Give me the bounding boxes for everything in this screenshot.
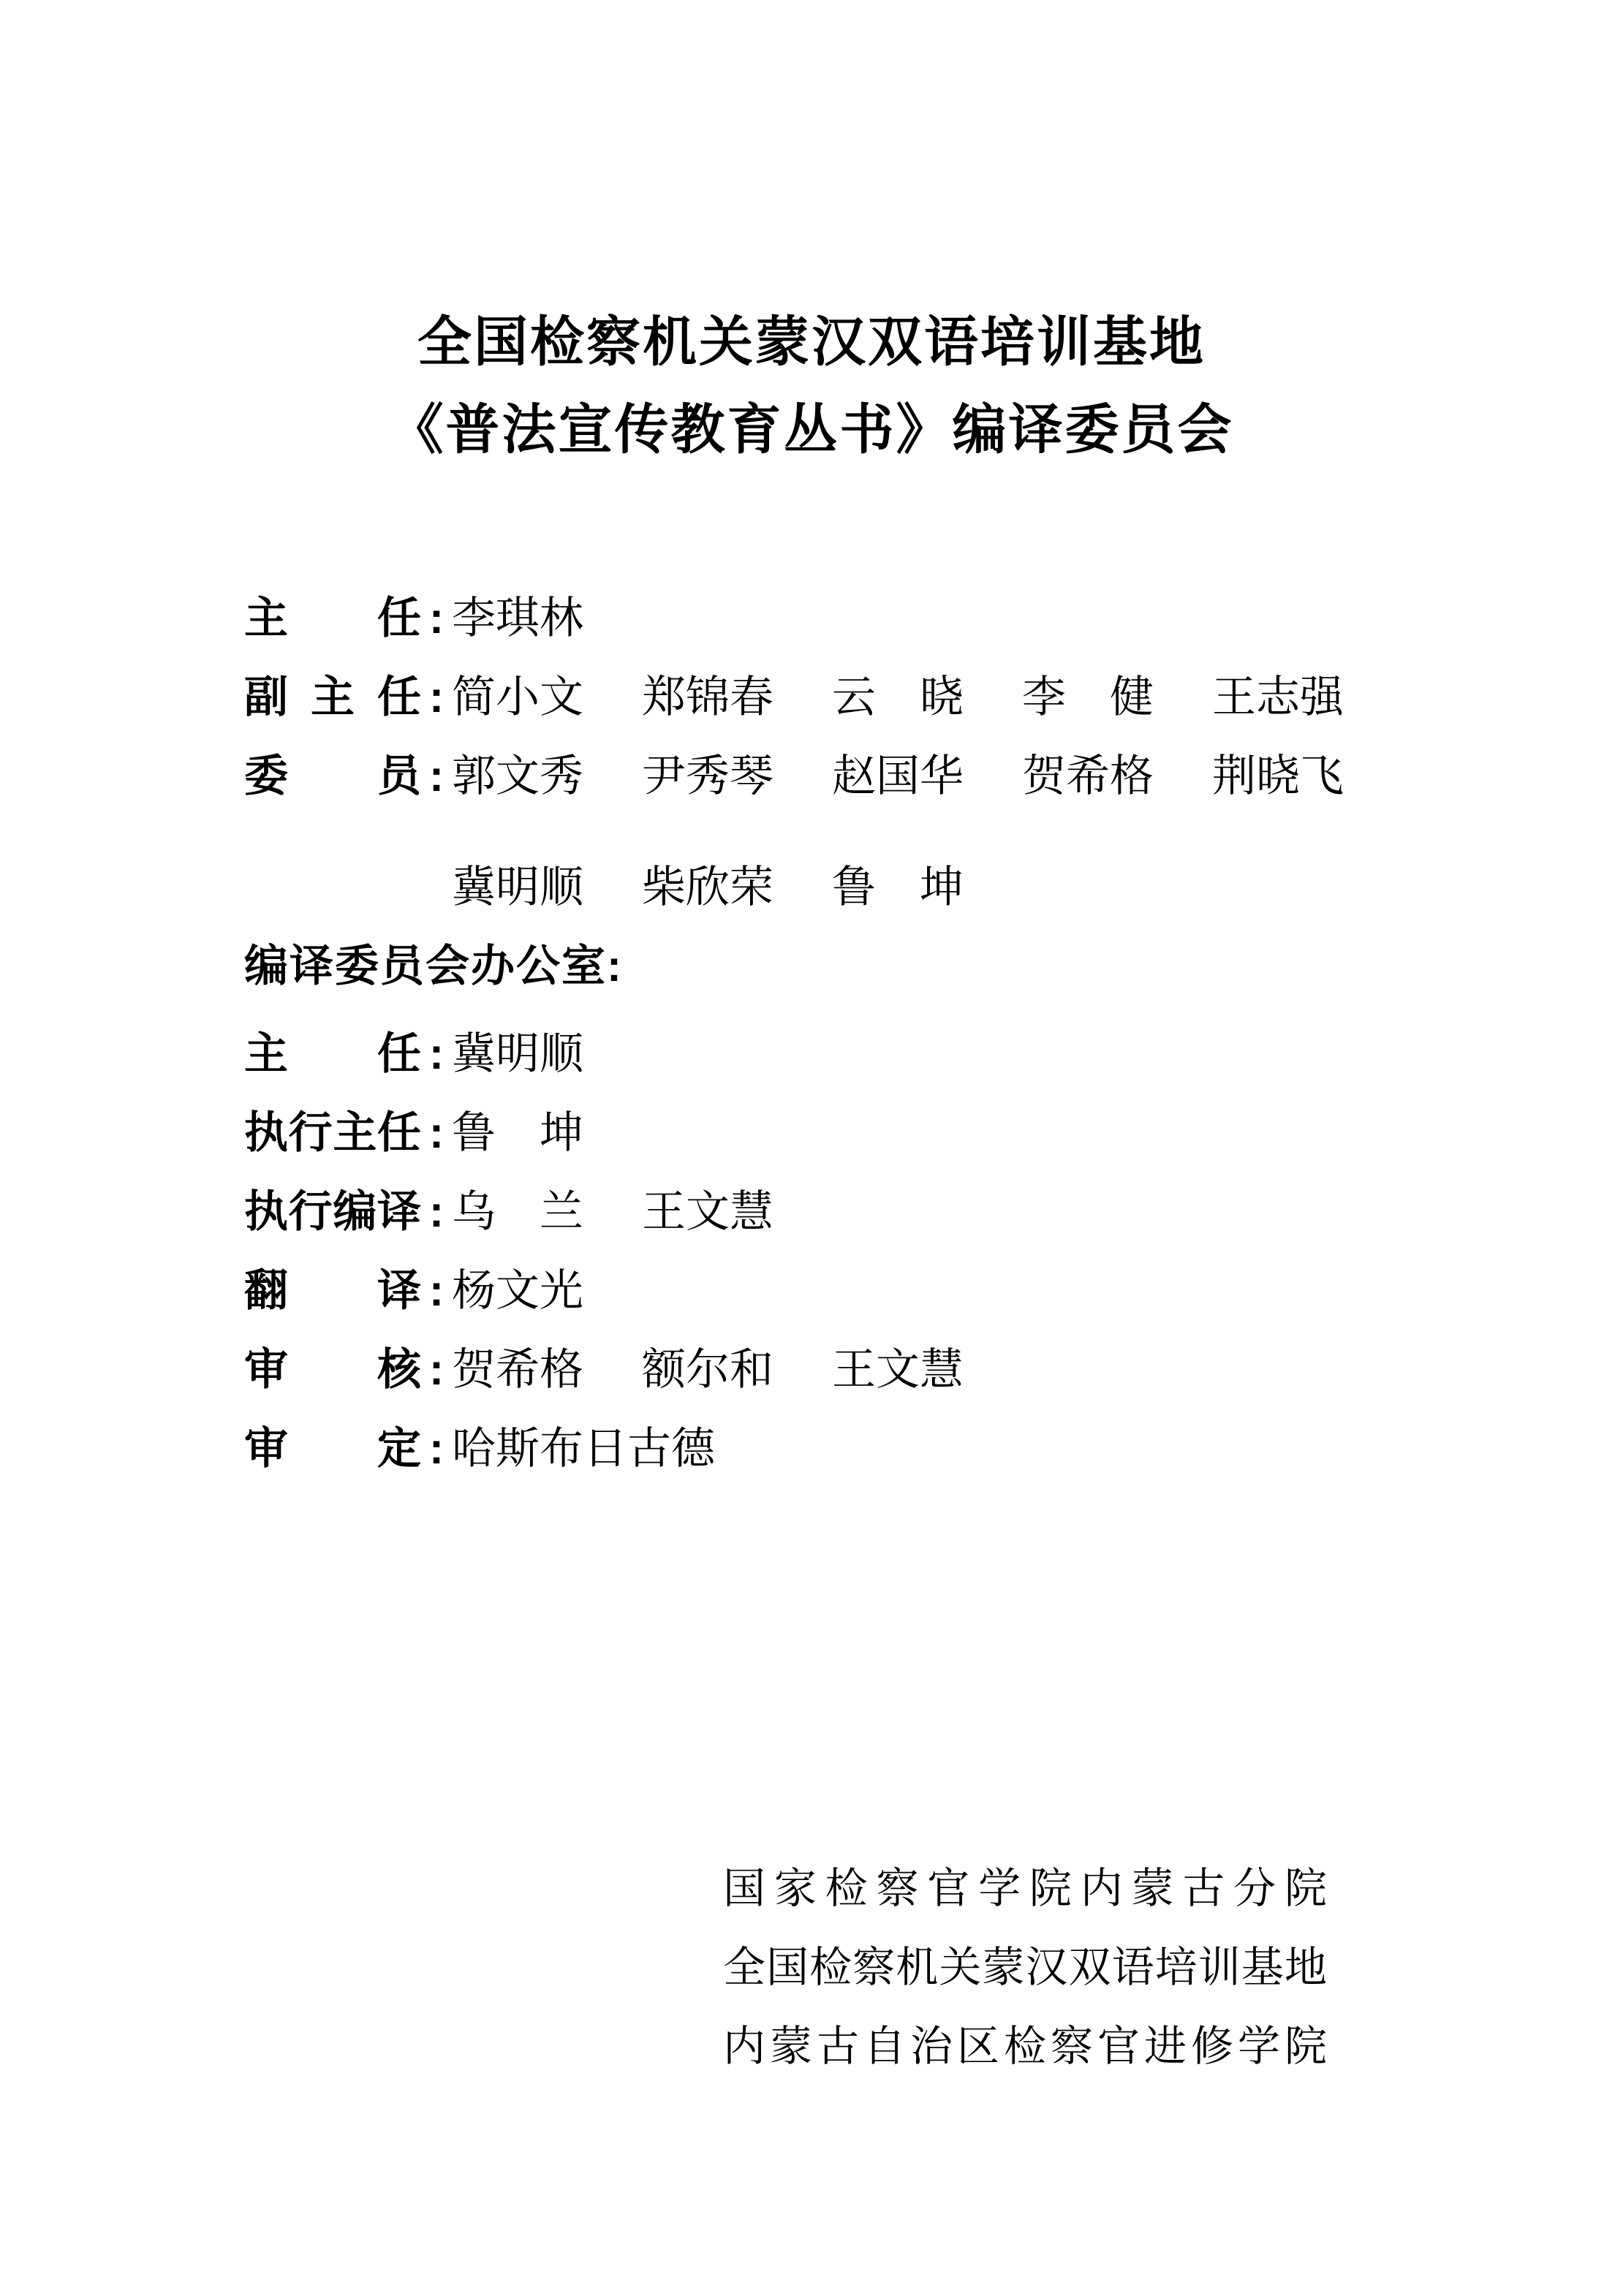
colon-separator: : <box>421 1346 452 1393</box>
row-executive-director: 执行主任: 鲁 坤 <box>244 1110 1487 1156</box>
person-name: 额尔和 <box>642 1346 773 1393</box>
role-label: 翻译 <box>244 1268 421 1314</box>
person-name: 郭文秀 <box>452 753 583 800</box>
person-name: 乌 兰 <box>452 1189 583 1235</box>
role-label: 审核 <box>244 1346 421 1393</box>
person-name: 李 健 <box>1022 674 1154 721</box>
name-list: 鲁 坤 <box>452 1110 583 1156</box>
row-reviewers: 审核: 贺希格 额尔和 王文慧 <box>244 1346 1487 1393</box>
name-list: 冀明顺 <box>452 1031 583 1077</box>
person-name: 冀明顺 <box>452 1031 583 1077</box>
colon-separator: : <box>421 674 452 721</box>
title-line-1: 全国检察机关蒙汉双语培训基地 <box>0 298 1623 386</box>
person-name: 杨文光 <box>452 1268 583 1314</box>
institution-footer: 国家检察官学院内蒙古分院 全国检察机关蒙汉双语培训基地 内蒙古自治区检察官进修学… <box>723 1849 1327 2086</box>
institution-line-2: 全国检察机关蒙汉双语培训基地 <box>723 1928 1327 2007</box>
role-label: 委员 <box>244 753 421 800</box>
role-label: 审定 <box>244 1425 421 1472</box>
person-name: 郑锦春 <box>642 674 773 721</box>
row-members: 委员: 郭文秀 尹秀琴 赵国华 贺希格 荆晓飞 冀明顺 柴欣荣 鲁 坤 <box>244 753 1487 911</box>
person-name: 尹秀琴 <box>642 753 773 800</box>
colon-separator: : <box>421 1189 452 1235</box>
name-list: 贺希格 额尔和 王文慧 <box>452 1346 964 1393</box>
row-executive-editors: 执行编译: 乌 兰 王文慧 <box>244 1189 1487 1235</box>
name-list: 郭文秀 尹秀琴 赵国华 贺希格 荆晓飞 冀明顺 柴欣荣 鲁 坤 <box>452 753 1417 911</box>
title-line-2: 《普法宣传教育丛书》编译委员会 <box>0 386 1623 474</box>
colon-separator: : <box>421 1268 452 1314</box>
person-name: 王志强 <box>1212 674 1344 721</box>
role-label: 主任 <box>244 595 421 642</box>
person-name: 赵国华 <box>832 753 964 800</box>
colon-separator: : <box>421 1031 452 1077</box>
role-label: 执行主任 <box>244 1110 421 1156</box>
row-deputy-directors: 副主任: 简小文 郑锦春 云 晓 李 健 王志强 <box>244 674 1487 721</box>
person-name: 鲁 坤 <box>452 1110 583 1156</box>
name-list: 杨文光 <box>452 1268 583 1314</box>
name-list: 乌 兰 王文慧 <box>452 1189 773 1235</box>
row-director: 主任: 李琪林 <box>244 595 1487 642</box>
person-name: 云 晓 <box>832 674 964 721</box>
row-translator: 翻译: 杨文光 <box>244 1268 1487 1314</box>
institution-line-3: 内蒙古自治区检察官进修学院 <box>723 2007 1327 2086</box>
document-page: 全国检察机关蒙汉双语培训基地 《普法宣传教育丛书》编译委员会 主任: 李琪林 副… <box>0 0 1623 2296</box>
name-list: 哈斯布日古德 <box>452 1425 715 1472</box>
person-name: 王文慧 <box>642 1189 773 1235</box>
person-name: 哈斯布日古德 <box>452 1425 715 1472</box>
person-name: 贺希格 <box>452 1346 583 1393</box>
person-name: 简小文 <box>452 674 583 721</box>
person-name: 王文慧 <box>832 1346 964 1393</box>
colon-separator: : <box>421 1425 452 1472</box>
colon-separator: : <box>421 753 452 800</box>
person-name: 贺希格 <box>1022 753 1154 800</box>
committee-title: 全国检察机关蒙汉双语培训基地 《普法宣传教育丛书》编译委员会 <box>0 298 1623 474</box>
role-label: 主任 <box>244 1031 421 1077</box>
role-label: 副主任 <box>244 674 421 721</box>
role-label: 执行编译 <box>244 1189 421 1235</box>
institution-line-1: 国家检察官学院内蒙古分院 <box>723 1849 1327 1928</box>
person-name: 荆晓飞 <box>1212 753 1344 800</box>
person-name: 李琪林 <box>452 595 583 642</box>
person-name: 柴欣荣 <box>642 864 773 911</box>
name-list: 简小文 郑锦春 云 晓 李 健 王志强 <box>452 674 1344 721</box>
colon-separator: : <box>421 1110 452 1156</box>
name-list: 李琪林 <box>452 595 583 642</box>
person-name: 鲁 坤 <box>832 864 964 911</box>
row-office-director: 主任: 冀明顺 <box>244 1031 1487 1077</box>
office-heading: 编译委员会办公室: <box>244 943 1487 990</box>
colon-separator: : <box>421 595 452 642</box>
row-final-approver: 审定: 哈斯布日古德 <box>244 1425 1487 1472</box>
person-name: 冀明顺 <box>452 864 583 911</box>
committee-roster: 主任: 李琪林 副主任: 简小文 郑锦春 云 晓 李 健 王志强 委员: 郭文秀… <box>244 595 1487 1504</box>
